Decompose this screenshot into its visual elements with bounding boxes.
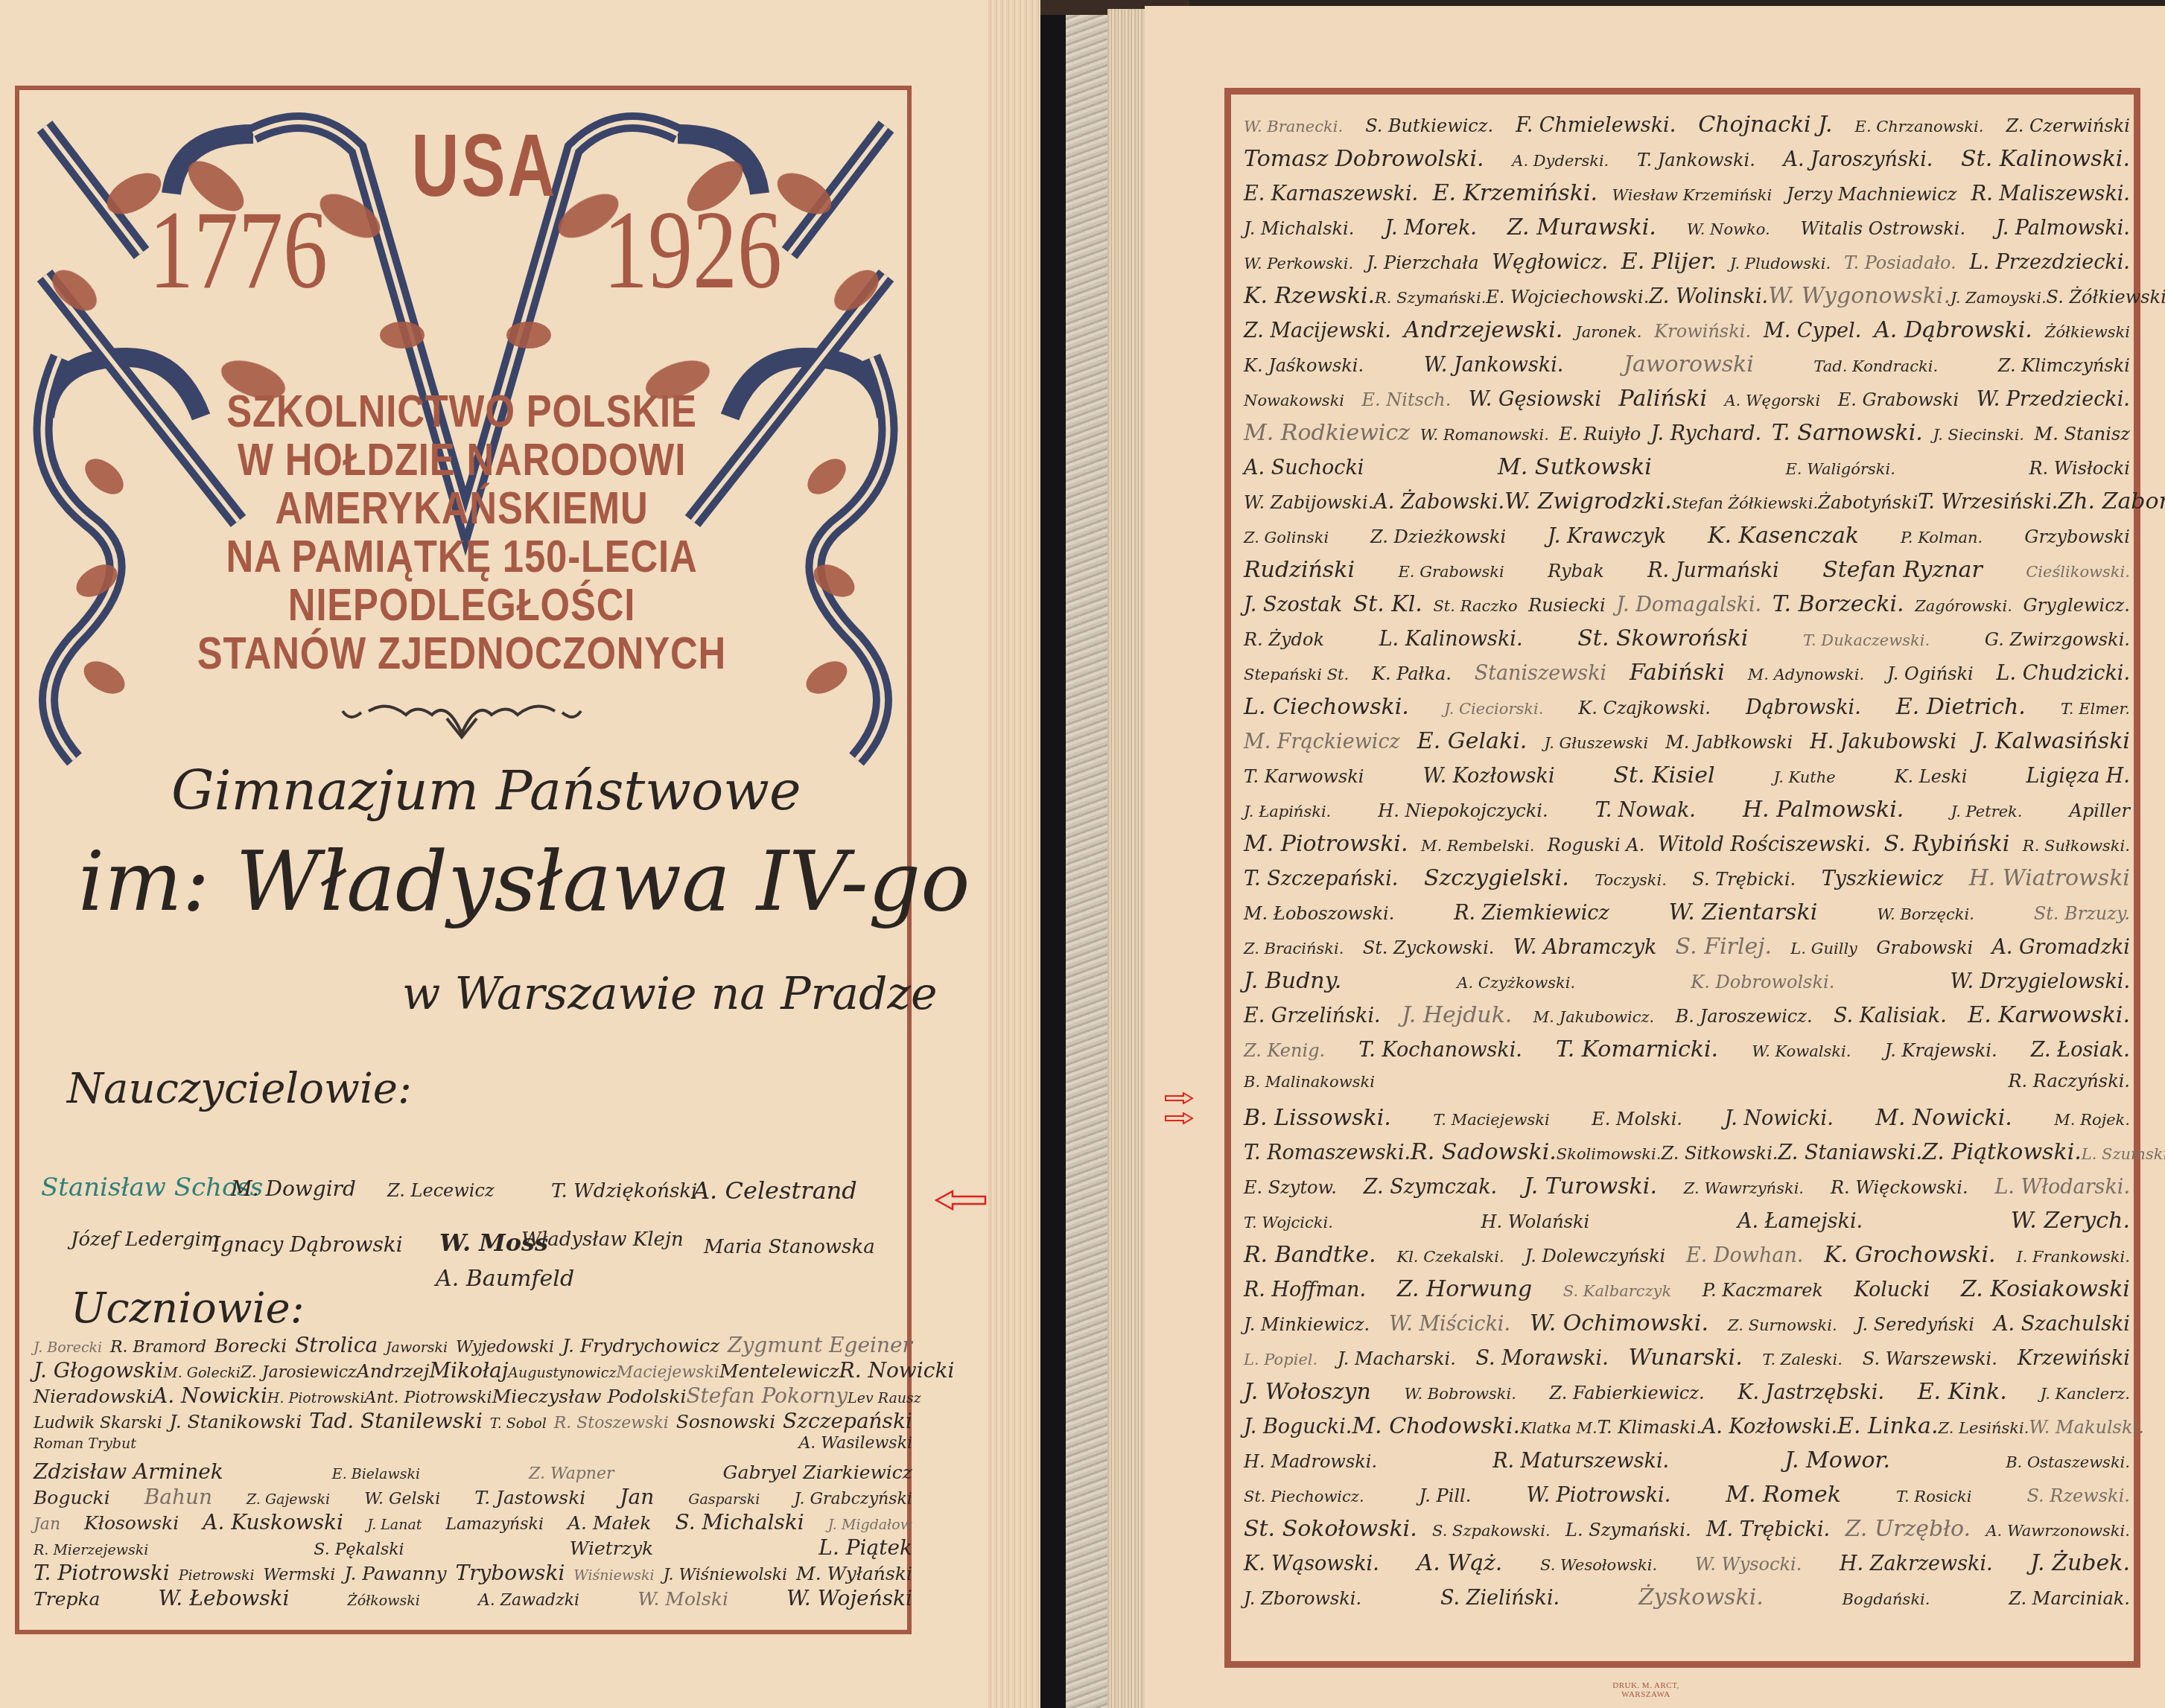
signature: Roman Trybut: [34, 1435, 136, 1452]
signature: T. Jankowski.: [1637, 150, 1755, 171]
signature-row: J. WołoszynW. Bobrowski.Z. Fabierkiewicz…: [1244, 1379, 2130, 1405]
title-line: SZKOLNICTWO POLSKIE: [187, 387, 737, 436]
signature: St. Kl.: [1353, 591, 1422, 617]
signature: S. Morawski.: [1476, 1347, 1609, 1370]
signature: R. Hoffman.: [1244, 1278, 1366, 1301]
signature: L. Kalinowski.: [1379, 628, 1523, 651]
signature: J. Budny.: [1244, 968, 1341, 994]
signature: J. Palmowski.: [1996, 217, 2130, 240]
signature-row: M. RodkiewiczW. Romanowski.E. RuiyłoJ. R…: [1244, 420, 2130, 446]
signature: Bahun: [144, 1485, 212, 1509]
signature: Witalis Ostrowski.: [1801, 218, 1965, 239]
signature: J. Wołoszyn: [1244, 1379, 1371, 1405]
signature: W. Borzęcki.: [1877, 905, 1974, 923]
signature: W. Jankowski.: [1424, 354, 1564, 377]
signature: J. Morek.: [1384, 217, 1477, 240]
signature: S. Zieliński.: [1440, 1587, 1560, 1610]
signature: W. Zwigrodzki.: [1504, 488, 1672, 514]
signature: S. Szpakowski.: [1432, 1522, 1551, 1540]
signature-row: J. Budny.A. Czyżkowski.K. Dobrowolski.W.…: [1244, 968, 2130, 994]
signature-row: T. Wojcicki.H. WolańskiA. Łamejski.W. Ze…: [1244, 1208, 2130, 1234]
signature: Jaronek.: [1575, 323, 1641, 341]
signature: Kłosowski: [84, 1512, 179, 1534]
signature-row: JanKłosowskiA. KuskowskiJ. LanatLamazyńs…: [34, 1510, 912, 1535]
binding-gap: [1040, 0, 1066, 1708]
signature: Z. Braciński.: [1244, 940, 1344, 957]
signature: H. Wolański: [1481, 1211, 1590, 1232]
signature: M. Jakubowicz.: [1533, 1008, 1654, 1026]
signature: W. Zerych.: [2011, 1208, 2130, 1234]
signature: T. Borzecki.: [1773, 591, 1904, 617]
signature: H. Palmowski.: [1743, 797, 1904, 823]
signature: Tomasz Dobrowolski.: [1244, 146, 1484, 172]
signature: J. Dolewczyński: [1525, 1246, 1665, 1266]
signature: M. Chodowski.: [1352, 1413, 1520, 1439]
signature: Żółkiewski: [2045, 323, 2130, 341]
signature-row: L. Popiel.J. Macharski.S. Morawski.Wunar…: [1244, 1345, 2130, 1371]
signature-row: R. Bandtke.Kl. Czekalski.J. Dolewczyński…: [1244, 1242, 2130, 1268]
signature: W. Przedziecki.: [1977, 388, 2130, 411]
signature: S. Michalski: [675, 1510, 804, 1535]
teacher-signature: T. Wdziękoński: [551, 1180, 697, 1202]
signature: E. Wojciechowski.: [1486, 287, 1649, 307]
signature: A. Zawadzki: [478, 1591, 579, 1610]
signature: L. Ciechowski.: [1244, 694, 1409, 720]
signature: E. Dietrich.: [1896, 694, 2026, 720]
signature: A. Jaroszyński.: [1783, 148, 1933, 171]
signature: Fabiński: [1630, 660, 1725, 686]
signature: M. Nowicki.: [1875, 1105, 2012, 1131]
signature-row: B. MalinakowskiR. Raczyński.: [1244, 1071, 2130, 1092]
signature: Jaworski: [386, 1339, 448, 1356]
signature: St. Zyckowski.: [1363, 937, 1495, 958]
signature: J. Krawczyk: [1548, 525, 1666, 548]
signature-row: St. Piechowicz.J. Pill.W. Piotrowski.M. …: [1244, 1482, 2130, 1508]
signature: Wiesław Krzemiński: [1612, 186, 1773, 204]
signature-row: Z. Braciński.St. Zyckowski.W. AbramczykS…: [1244, 934, 2130, 960]
signature: R. Nowicki: [839, 1358, 955, 1383]
signature: Skolimowski.: [1557, 1145, 1662, 1163]
signature: Paliński: [1619, 386, 1707, 412]
signature-row: Z. GolinskiZ. DzieżkowskiJ. KrawczykK. K…: [1244, 523, 2130, 549]
signature: Z. Wolinski.: [1649, 285, 1768, 308]
signature: J. Ogiński: [1887, 663, 1974, 684]
teacher-signature: Ignacy Dąbrowski: [212, 1232, 403, 1257]
signature: J. Turowski.: [1524, 1173, 1657, 1199]
signature: W. Wojeński: [786, 1586, 912, 1610]
signature: T. Wrzesiński.: [1918, 491, 2058, 514]
signature: Z. Jarosiewicz: [241, 1363, 357, 1382]
signature: Z. Surnowski.: [1728, 1316, 1837, 1334]
signature: K. Grochowski.: [1824, 1242, 1995, 1268]
signature: Zygmunt Egeiner: [728, 1333, 912, 1357]
signature: W. Kozłowski: [1422, 765, 1554, 788]
signature: J. Petrek.: [1951, 803, 2022, 820]
signature: T. Jastowski: [474, 1487, 585, 1508]
dedication-title: SZKOLNICTWO POLSKIE W HOŁDZIE NARODOWI A…: [127, 387, 797, 678]
signature-row: Stepański St.K. Pałka.StaniszewskiFabińs…: [1244, 660, 2130, 686]
signature-row: K. Jaśkowski.W. Jankowski.JaworowskiTad.…: [1244, 351, 2130, 377]
binding-fabric: [1066, 15, 1107, 1708]
signature: Tad. Stanilewski: [309, 1409, 483, 1433]
signature-row: Z. Macijewski.Andrzejewski.Jaronek.Krowi…: [1244, 317, 2130, 343]
signature: S. Żółkiewski: [2047, 287, 2165, 307]
signature: W. Romanowski.: [1420, 426, 1549, 444]
signature: Jaworowski: [1624, 351, 1754, 377]
signature: T. Sobol: [490, 1415, 547, 1432]
signature: R. Jurmański: [1647, 559, 1779, 582]
page-stack-edge: [1107, 9, 1145, 1708]
signature: M. Rojek.: [2054, 1111, 2130, 1129]
red-arrow-right-icon: [1164, 1092, 1194, 1104]
school-location: w Warszawie na Pradze: [402, 968, 937, 1020]
signature-row: NowakowskiE. Nitsch.W. GęsiowskiPaliński…: [1244, 386, 2130, 412]
signature: R. Stoszewski: [554, 1414, 669, 1433]
signature-row: K. Rzewski.R. Szymański.E. Wojciechowski…: [1244, 283, 2130, 309]
signature: Mentelewicz: [719, 1360, 839, 1382]
usa-monogram: USA: [412, 115, 557, 217]
signature: J. Siecinski.: [1933, 426, 2024, 444]
signature: Z. Łosiak.: [2031, 1039, 2130, 1062]
signature: Andrzejewski.: [1404, 317, 1563, 343]
signature: J. Stanikowski: [170, 1411, 302, 1433]
signature: J. Łapiński.: [1244, 803, 1331, 820]
signature: Maciejewski: [617, 1363, 719, 1382]
signature: Dąbrowski.: [1746, 696, 1861, 719]
signature: Ludwik Skarski: [34, 1414, 162, 1433]
signature-row: T. KarwowskiW. KozłowskiSt. KisielJ. Kut…: [1244, 762, 2130, 788]
teacher-signature: Maria Stanowska: [704, 1236, 875, 1258]
signature: Szczepański: [783, 1409, 912, 1433]
signature: J. Szostak: [1244, 593, 1342, 616]
signature: Z. Murawski.: [1507, 214, 1656, 240]
signature: S. Butkiewicz.: [1365, 115, 1493, 136]
signature: K. Pałka.: [1372, 663, 1452, 684]
signature-row: E. Karnaszewski.E. Krzemiński.Wiesław Kr…: [1244, 180, 2130, 206]
signature: A. Małek: [568, 1512, 652, 1534]
signature: W. Nowko.: [1687, 220, 1770, 238]
signature-row: R. MierzejewskiS. PękalskiWietrzykL. Pią…: [34, 1535, 912, 1560]
signature: Roguski A.: [1548, 835, 1644, 855]
signature-row: Zdzisław ArminekE. BielawskiZ. WapnerGab…: [34, 1459, 912, 1484]
year-start: 1776: [149, 186, 328, 314]
signature: Lamazyński: [445, 1515, 544, 1534]
signature: T. Sarnowski.: [1772, 420, 1923, 446]
signature: R. Więckowski.: [1831, 1177, 1968, 1198]
signature: T. Nowak.: [1595, 799, 1696, 822]
signature: Kl. Czekalski.: [1396, 1248, 1504, 1266]
signature: Z. Dzieżkowski: [1370, 526, 1506, 547]
signature: R. Maturszewski.: [1492, 1450, 1669, 1473]
signature: Zdzisław Arminek: [34, 1459, 223, 1484]
signature: Zh. Zaborski: [2058, 488, 2165, 514]
signature: W. Perkowski.: [1244, 255, 1353, 273]
signature: K. Wąsowski.: [1244, 1552, 1379, 1575]
signature: H. Niepokojczycki.: [1378, 800, 1548, 821]
signature: G. Zwirzgowski.: [1985, 629, 2130, 650]
signature: E. Grabowski: [1838, 389, 1959, 410]
signature-row: TrepkaW. ŁebowskiŻółkowskiA. ZawadzkiW. …: [34, 1586, 912, 1610]
title-line: AMERYKAŃSKIEMU: [187, 484, 737, 532]
signature-row: J. SzostakSt. Kl.St. RaczkoRusieckiJ. Do…: [1244, 591, 2130, 617]
signature: Grzybowski: [2024, 526, 2130, 547]
signature: L. Szymański.: [1565, 1520, 1691, 1540]
signature: T. Rosicki: [1896, 1488, 1971, 1505]
signature: M. Rembelski.: [1421, 837, 1535, 855]
title-line: NA PAMIĄTKĘ 150-LECIA: [187, 532, 737, 581]
signature: Stefan Pokorny: [686, 1383, 848, 1408]
signature: Z. Szymczak.: [1364, 1176, 1497, 1199]
signature-row: B. Lissowski.T. MaciejewskiE. Molski.J. …: [1244, 1105, 2130, 1131]
left-page-edge: [988, 0, 1040, 1708]
signature: Wyjedowski: [456, 1338, 554, 1357]
signature: K. Rzewski.: [1244, 283, 1375, 309]
signature: Ant. Piotrowski: [365, 1389, 492, 1407]
signature: L. Włodarski.: [1994, 1176, 2130, 1199]
signature: J. Głogowski: [34, 1358, 163, 1383]
signature: Rusiecki: [1528, 595, 1605, 616]
signature: T. Szczepański.: [1244, 867, 1398, 890]
signature: H. Madrowski.: [1244, 1451, 1377, 1472]
signature: J. Żubek.: [2030, 1550, 2130, 1576]
signature: W. Makulski.: [2029, 1417, 2143, 1438]
signature: T. Dukaczewski.: [1803, 631, 1930, 649]
signature: R. Raczyński.: [2008, 1071, 2130, 1092]
signature: J. Kalwasiński: [1974, 728, 2130, 754]
title-line: NIEPODLEGŁOŚCI: [187, 581, 737, 629]
signature: M. Sutkowski: [1498, 454, 1652, 480]
signature-row: M. FrąckiewiczE. Gelaki.J. GłuszewskiM. …: [1244, 728, 2130, 754]
signature: B. Lissowski.: [1244, 1105, 1391, 1131]
signature: A. Łamejski.: [1738, 1210, 1863, 1233]
signature: J. Pawanny: [344, 1563, 446, 1584]
teacher-signature: A. Baumfeld: [436, 1266, 574, 1292]
signature: T. Wojcicki.: [1244, 1214, 1333, 1231]
signature: Z. Marciniak.: [2009, 1588, 2130, 1609]
signature: St. Skowroński: [1577, 625, 1748, 651]
signature: J. Nowicki.: [1725, 1107, 1834, 1130]
teacher-signature: Józef Ledergim: [71, 1229, 220, 1251]
signature-row: J. Minkiewicz.W. Miścicki.W. Ochimowski.…: [1244, 1310, 2130, 1336]
signature: E. Dowhan.: [1686, 1244, 1803, 1267]
signature: L. Guilly: [1790, 940, 1857, 957]
signature: St. Sokołowski.: [1244, 1516, 1417, 1542]
signature: Ligięza H.: [2026, 765, 2130, 788]
signature: Z. Golinski: [1244, 529, 1329, 547]
signature: R. Sułkowski.: [2023, 837, 2130, 855]
signature: P. Kolman.: [1901, 529, 1983, 547]
signature: H. Wiatrowski: [1969, 865, 2130, 891]
signature: E. Linka.: [1837, 1413, 1938, 1439]
signature: B. Malinakowski: [1244, 1073, 1375, 1091]
signature: Jerzy Machniewicz: [1787, 184, 1957, 205]
signature: Chojnacki J.: [1698, 112, 1832, 138]
signature: Klatka M.: [1520, 1419, 1597, 1437]
signature: St. Piechowicz.: [1244, 1488, 1364, 1505]
signature: A. Nowicki: [153, 1383, 267, 1408]
signature: J. Seredyński: [1857, 1314, 1974, 1335]
signature: T. Piotrowski: [34, 1561, 170, 1585]
signature: T. Romaszewski.: [1244, 1141, 1411, 1164]
signature: Z. Wapner: [529, 1465, 614, 1483]
signature: Tyszkiewicz: [1822, 867, 1943, 890]
signature: Grabowski: [1876, 937, 1973, 958]
teachers-heading: Nauczycielowie:: [67, 1065, 412, 1113]
signature: M. Jabłkowski: [1665, 732, 1793, 753]
teacher-signature: A. Celestrand: [693, 1176, 857, 1205]
signature-row: J. Michalski.J. Morek.Z. Murawski.W. Now…: [1244, 214, 2130, 240]
signature: Cieślikowski.: [2026, 563, 2130, 581]
signature: Gasparski: [688, 1491, 760, 1508]
signature-row: Tomasz Dobrowolski.A. Dyderski.T. Jankow…: [1244, 146, 2130, 172]
signature: Lev Rausz: [848, 1390, 921, 1406]
signature: Trepka: [34, 1588, 100, 1610]
signature: A. Dąbrowski.: [1874, 317, 2032, 343]
signature: K. Jastrzębski.: [1738, 1381, 1884, 1404]
signature: W. Kowalski.: [1752, 1042, 1851, 1060]
signature-row: W. Branecki.S. Butkiewicz.F. Chmielewski…: [1244, 112, 2130, 138]
signature: E. Waligórski.: [1785, 460, 1895, 478]
signature: Zagórowski.: [1915, 597, 2012, 615]
signature: R. Wisłocki: [2029, 458, 2130, 479]
signature: K. Kasenczak: [1708, 523, 1859, 549]
signature-row: St. Sokołowski.S. Szpakowski.L. Szymańsk…: [1244, 1516, 2130, 1542]
signature: Mieczysław Podolski: [492, 1386, 687, 1407]
signature: A. Kozłowski.: [1702, 1415, 1837, 1438]
signature: J. Wiśniewolski: [663, 1566, 787, 1584]
signature-row: W. Zabijowski.A. Żabowski.W. Zwigrodzki.…: [1244, 488, 2130, 514]
signature: J. Rychard.: [1651, 422, 1761, 445]
signature: L. Przezdziecki.: [1970, 251, 2130, 274]
signature: S. Wesołowski.: [1540, 1556, 1657, 1574]
signature: W. Molski: [638, 1588, 728, 1610]
signature: Wunarski.: [1629, 1345, 1743, 1371]
signature: W. Bobrowski.: [1405, 1385, 1516, 1403]
signature: A. Czyżkowski.: [1457, 974, 1575, 992]
signature: L. Chudzicki.: [1997, 662, 2130, 685]
signature: J. Kanclerz.: [2040, 1385, 2130, 1403]
signature: Pietrowski: [179, 1567, 255, 1584]
signature: L. Popiel.: [1244, 1351, 1317, 1368]
signature: Szczygielski.: [1424, 865, 1569, 891]
signature-row: T. Szczepański.Szczygielski.Toczyski.S. …: [1244, 865, 2130, 891]
signature-row: Z. Kenig.T. Kochanowski.T. Komarnicki.W.…: [1244, 1036, 2130, 1062]
signature: Stefan Ryznar: [1822, 557, 1983, 583]
signature: T. Kochanowski.: [1358, 1039, 1522, 1062]
teacher-signature: M. Dowgird: [231, 1176, 356, 1201]
signature: Z. Klimczyński: [1998, 355, 2130, 376]
signature-row: Roman TrybutA. Wasilewski: [34, 1434, 912, 1453]
signature: J. Mowor.: [1784, 1447, 1890, 1473]
signature: R. Szymański.: [1375, 289, 1486, 307]
signature: Żyskowski.: [1638, 1584, 1764, 1610]
signature-row: J. BoreckiR. BramordBoreckiStrolicaJawor…: [34, 1333, 912, 1357]
signature: E. Molski.: [1592, 1109, 1682, 1129]
signature: Nieradowski: [34, 1386, 153, 1407]
signature: I. Frankowski.: [2016, 1248, 2130, 1266]
signature: M. Stanisz: [2035, 424, 2130, 444]
signature: W. Zabijowski.: [1244, 492, 1373, 513]
signature: A. Węgorski: [1724, 392, 1820, 410]
signature-row: NieradowskiA. NowickiH. PiotrowskiAnt. P…: [34, 1383, 912, 1408]
signature: Borecki: [214, 1335, 287, 1357]
students-heading: Uczniowie:: [71, 1284, 305, 1333]
signature: S. Kalbarczyk: [1563, 1282, 1671, 1300]
signature: Wiśniewski: [573, 1567, 654, 1584]
signature: H. Jakubowski: [1810, 730, 1956, 753]
signature: J. Grabczyński: [794, 1490, 912, 1508]
signature: E. Plijer.: [1621, 249, 1717, 275]
signature: Bogucki: [34, 1487, 110, 1508]
signature: M. Cypel.: [1764, 319, 1861, 342]
signature: B. Jaroszewicz.: [1676, 1006, 1813, 1027]
signature: Wietrzyk: [570, 1537, 654, 1559]
signature: E. Krzemiński.: [1433, 180, 1597, 206]
signature: A. Dyderski.: [1512, 152, 1609, 170]
signature: A. Żabowski.: [1373, 491, 1504, 514]
printer-imprint: DRUK. M. ARCT, WARSZAWA: [1594, 1681, 1698, 1699]
signature: R. Żydok: [1244, 629, 1324, 650]
signature-row: E. Szytow.Z. Szymczak.J. Turowski.Z. Waw…: [1244, 1173, 2130, 1199]
signature: J. Frydrychowicz: [562, 1335, 719, 1357]
signature: Rudziński: [1244, 557, 1355, 583]
signature: Z. Piątkowski.: [1922, 1139, 2082, 1165]
signature: S. Pękalski: [314, 1540, 404, 1559]
signature: Z. Wawrzyński.: [1684, 1179, 1804, 1197]
signature: S. Rzewski.: [2026, 1485, 2129, 1506]
signature: J. Głuszewski: [1544, 734, 1648, 752]
signature: A. Szachulski: [1994, 1313, 2130, 1336]
signature: J. Minkiewicz.: [1244, 1314, 1370, 1335]
signature: W. Ochimowski.: [1530, 1310, 1708, 1336]
signature: T. Klimaski.: [1597, 1417, 1702, 1438]
signature: J. Borecki: [34, 1339, 102, 1356]
signature: R. Ziemkiewicz: [1454, 902, 1609, 925]
signature: H. Piotrowski: [267, 1390, 365, 1406]
signature: M. Piotrowski.: [1244, 831, 1408, 857]
signature: J. Pill.: [1420, 1485, 1472, 1506]
signature: W. Gęsiowski: [1469, 388, 1601, 411]
signature: S. Kalisiak.: [1834, 1004, 1947, 1027]
signature-row: J. Łapiński.H. Niepokojczycki.T. Nowak.H…: [1244, 797, 2130, 823]
signature: E. Karwowski.: [1968, 1002, 2130, 1028]
signature: Staniszewski: [1475, 662, 1607, 685]
signature: T. Zaleski.: [1763, 1351, 1843, 1368]
signature: Witold Rościszewski.: [1658, 833, 1871, 856]
signature-row: M. Piotrowski.M. Rembelski.Roguski A.Wit…: [1244, 831, 2130, 857]
year-end: 1926: [603, 186, 782, 314]
signature-row: J. Zborowski.S. Zieliński.Żyskowski.Bogd…: [1244, 1584, 2130, 1610]
signature: Krowiński.: [1654, 321, 1751, 342]
signature: S. Warszewski.: [1863, 1348, 1997, 1369]
signature: T. Karwowski: [1244, 766, 1364, 787]
signature: M. Trębicki.: [1706, 1518, 1830, 1541]
signature: St. Kalinowski.: [1961, 146, 2130, 172]
signature-row: T. Romaszewski.R. Sadowski.Skolimowski.Z…: [1244, 1139, 2130, 1165]
signature-row: Ludwik SkarskiJ. StanikowskiTad. Stanile…: [34, 1409, 912, 1433]
signature: M. Wyłański: [796, 1563, 912, 1584]
signature: A. Suchocki: [1244, 456, 1364, 479]
signature: A. Wasilewski: [798, 1434, 912, 1453]
signature: J. Kuthe: [1773, 768, 1835, 786]
signature: E. Karnaszewski.: [1244, 182, 1418, 205]
signature-row: H. Madrowski.R. Maturszewski.J. Mowor.B.…: [1244, 1447, 2130, 1473]
signature: J. Michalski.: [1244, 218, 1354, 239]
red-arrow-left-icon: [935, 1190, 987, 1211]
signature: J. Macharski.: [1338, 1348, 1456, 1369]
signature-row: BoguckiBahunZ. GajewskiW. GelskiT. Jasto…: [34, 1485, 912, 1509]
signature: A. Wąż.: [1417, 1550, 1503, 1576]
